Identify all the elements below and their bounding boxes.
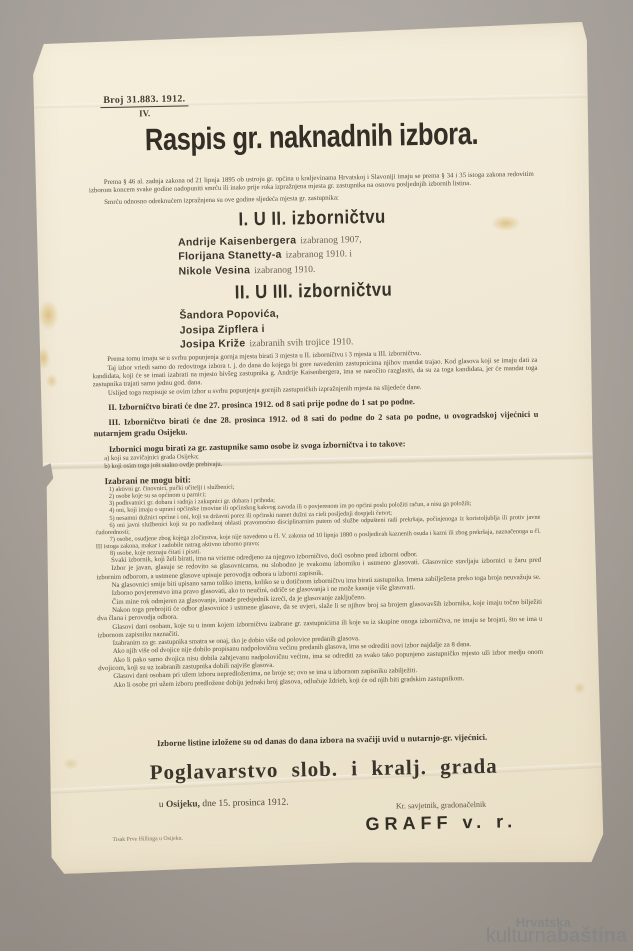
place-name: Osijeku, xyxy=(166,799,200,810)
poster-body: Prema § 46 al. zadnja zakona od 21 lipnj… xyxy=(89,171,545,739)
person-name: Florijana Stanetty-a xyxy=(178,249,282,263)
watermark-word-regular: kulturna xyxy=(486,925,557,947)
election-date-announcement: III. Izborničtvo birati će dne 28. prosi… xyxy=(93,410,538,440)
signature-block: Kr. savjetnik, gradonačelnik GRAFF v. r. xyxy=(365,799,517,835)
person-name: Andrije Kaisenbergera xyxy=(178,234,297,248)
person-name: Nikole Vesina xyxy=(178,264,250,277)
reference-roman: IV. xyxy=(100,107,188,119)
signer-name: GRAFF v. r. xyxy=(365,811,517,835)
paper-stain xyxy=(46,374,58,388)
representatives-list: Šandora Popovića, Josipa Zipflera i Josi… xyxy=(179,302,537,352)
watermark-line2: kulturnabaština xyxy=(486,926,627,946)
issuing-authority: Poglavarstvo slob. i kralj. grada xyxy=(43,752,604,788)
person-name: Josipa Križe xyxy=(180,337,246,350)
paper-stain xyxy=(574,682,586,694)
reference-stamp: Broj 31.883. 1912. IV. xyxy=(100,93,189,119)
person-detail: izabranog 1910. i xyxy=(286,250,352,261)
poster-paper: Broj 31.883. 1912. IV. Raspis gr. naknad… xyxy=(29,22,606,875)
reference-number: Broj 31.883. 1912. xyxy=(100,93,188,108)
date-text: dne 15. prosinca 1912. xyxy=(200,798,289,810)
representatives-list: Andrije Kaisenbergera izabranog 1907, Fl… xyxy=(178,229,536,279)
paper-stain xyxy=(38,300,59,330)
person-detail: izabranog 1910. xyxy=(254,265,315,276)
archive-watermark: Hrvatska kulturnabaština xyxy=(486,916,627,946)
place-and-date: u Osijeku, dne 15. prosinca 1912. xyxy=(159,798,289,810)
person-detail: izabranih svih trojice 1910. xyxy=(249,337,353,349)
section-heading-2: II. U III. izborničtvu xyxy=(118,277,510,307)
person-name: Josipa Zipflera i xyxy=(180,323,265,337)
signer-title: Kr. savjetnik, gradonačelnik xyxy=(365,799,517,811)
printer-imprint: Tisak Prve Hillinga u Osijeku. xyxy=(112,836,183,843)
poster-title: Raspis gr. naknadnih izbora. xyxy=(81,115,542,160)
section-heading-1: I. U II. izborničtvu xyxy=(116,204,508,234)
person-detail: izabranog 1907, xyxy=(300,235,361,246)
watermark-word-bold: baština xyxy=(557,925,627,947)
photo-background: Broj 31.883. 1912. IV. Raspis gr. naknad… xyxy=(0,0,633,951)
person-name: Šandora Popovića, xyxy=(179,308,279,322)
paper-stain xyxy=(36,347,50,369)
